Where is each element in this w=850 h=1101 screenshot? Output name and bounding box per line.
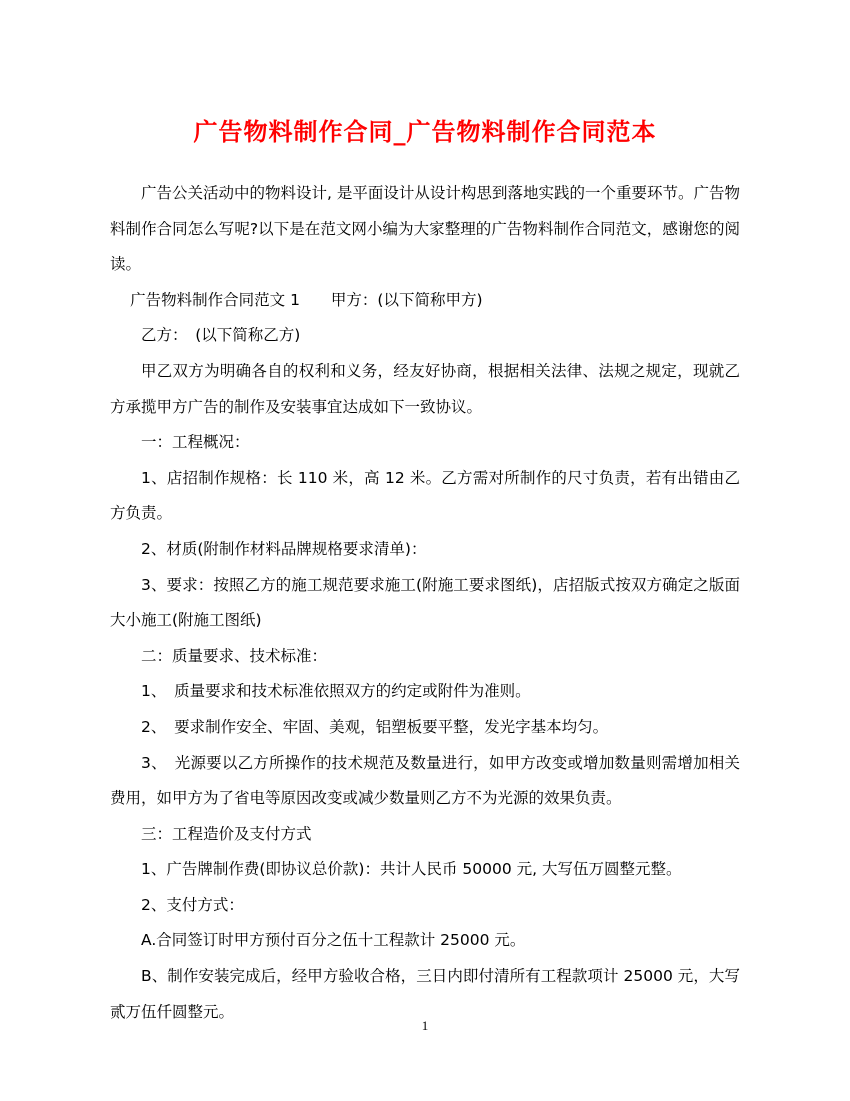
party-b-line: 乙方： (以下简称乙方) bbox=[110, 318, 740, 354]
section-1-heading: 一：工程概况： bbox=[110, 425, 740, 461]
section-2-item-2: 2、 要求制作安全、牢固、美观，铝塑板要平整，发光字基本均匀。 bbox=[110, 710, 740, 746]
section-1-item-1: 1、店招制作规格：长 110 米，高 12 米。乙方需对所制作的尺寸负责，若有出… bbox=[110, 461, 740, 532]
section-1-item-2: 2、材质(附制作材料品牌规格要求清单)： bbox=[110, 532, 740, 568]
section-2-heading: 二：质量要求、技术标准： bbox=[110, 639, 740, 675]
section-3-item-1: 1、广告牌制作费(即协议总价款)：共计人民币 50000 元, 大写伍万圆整元整… bbox=[110, 852, 740, 888]
payment-term-a: A.合同签订时甲方预付百分之伍十工程款计 25000 元。 bbox=[110, 923, 740, 959]
document-page: 广告物料制作合同_广告物料制作合同范本 广告公关活动中的物料设计, 是平面设计从… bbox=[0, 0, 850, 1101]
intro-paragraph: 广告公关活动中的物料设计, 是平面设计从设计构思到落地实践的一个重要环节。广告物… bbox=[110, 176, 740, 283]
contract-heading-party-a: 广告物料制作合同范文 1 甲方：(以下简称甲方) bbox=[110, 283, 740, 319]
document-title: 广告物料制作合同_广告物料制作合同范本 bbox=[0, 112, 850, 147]
section-3-item-2: 2、支付方式： bbox=[110, 888, 740, 924]
section-1-item-3: 3、要求：按照乙方的施工规范要求施工(附施工要求图纸)，店招版式按双方确定之版面… bbox=[110, 568, 740, 639]
document-body: 广告公关活动中的物料设计, 是平面设计从设计构思到落地实践的一个重要环节。广告物… bbox=[110, 176, 740, 1030]
page-number: 1 bbox=[0, 1018, 850, 1034]
agreement-preamble: 甲乙双方为明确各自的权利和义务，经友好协商，根据相关法律、法规之规定，现就乙方承… bbox=[110, 354, 740, 425]
section-2-item-3: 3、 光源要以乙方所操作的技术规范及数量进行，如甲方改变或增加数量则需增加相关费… bbox=[110, 746, 740, 817]
section-3-heading: 三：工程造价及支付方式 bbox=[110, 817, 740, 853]
section-2-item-1: 1、 质量要求和技术标准依照双方的约定或附件为准则。 bbox=[110, 674, 740, 710]
